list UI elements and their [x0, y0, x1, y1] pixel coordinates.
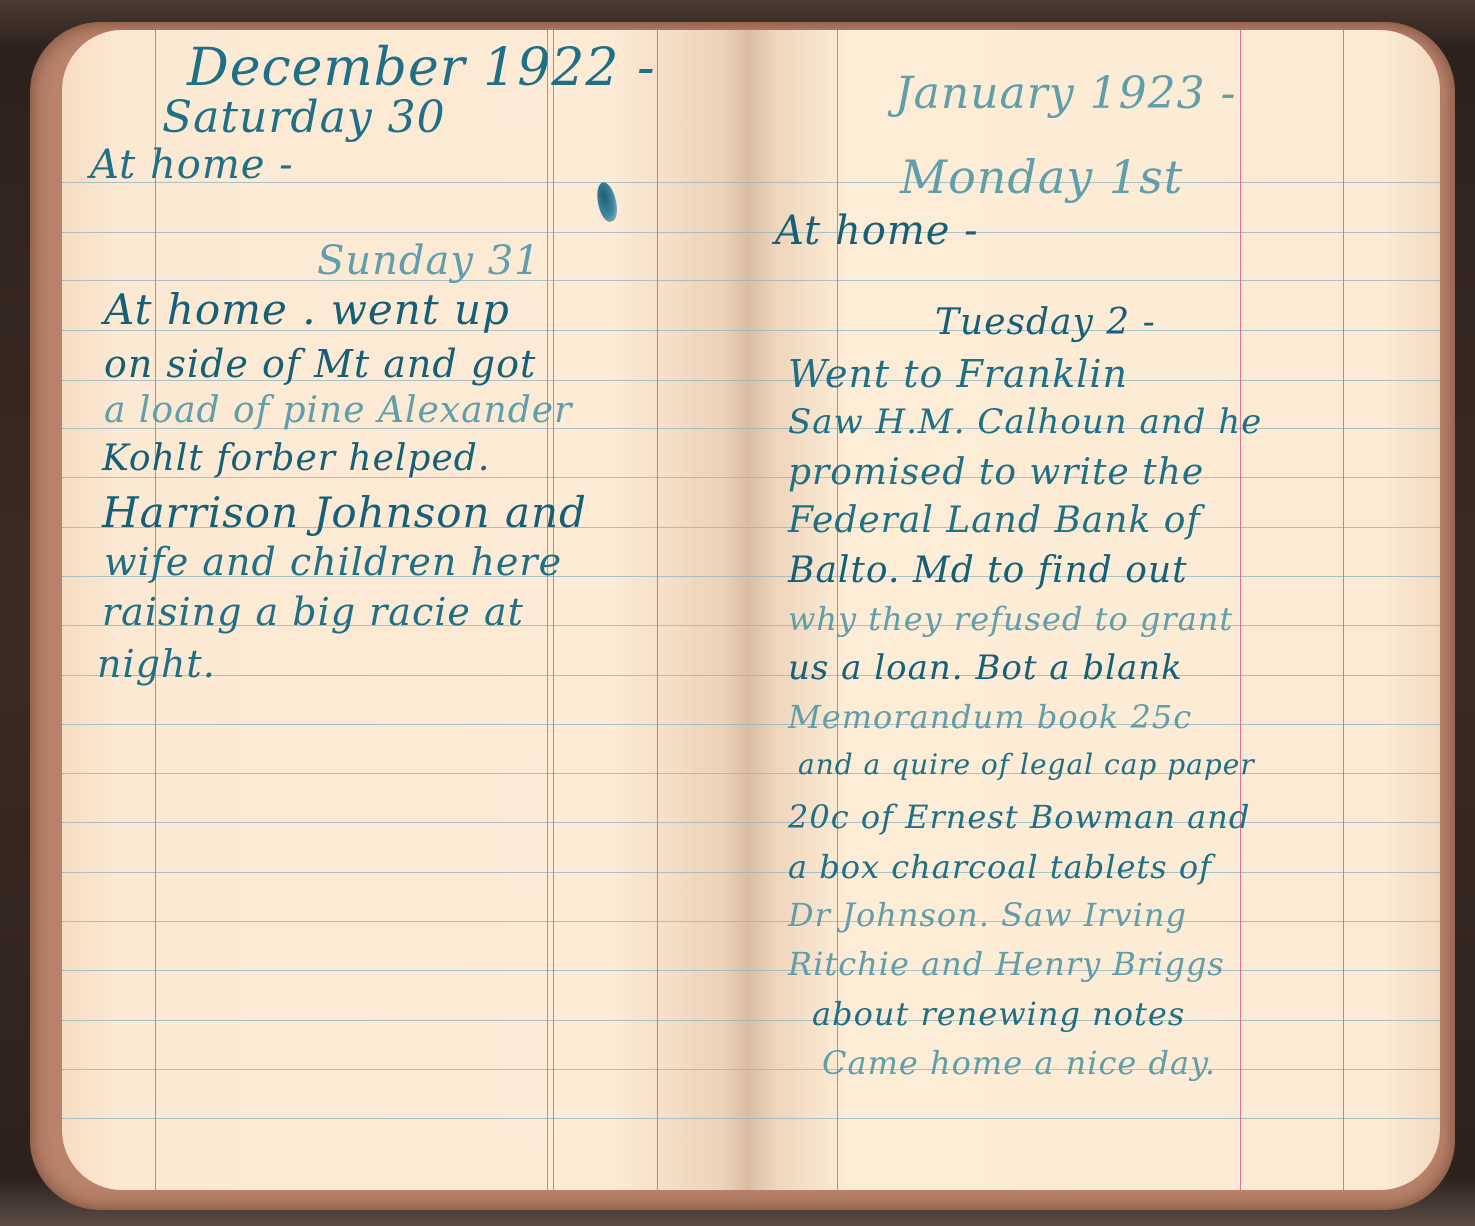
entry-line: At home -	[775, 208, 979, 254]
entry-line: raising a big racie at	[102, 590, 524, 634]
rule-line	[62, 773, 750, 774]
day-heading: Sunday 31	[317, 238, 541, 284]
rule-line	[62, 724, 750, 725]
margin-line	[657, 30, 658, 1190]
entry-line: about renewing notes	[812, 995, 1185, 1033]
entry-line: Saw H.M. Calhoun and he	[788, 402, 1262, 442]
entry-line: and a quire of legal cap paper	[798, 748, 1255, 781]
right-page: January 1923 - Monday 1st At home - Tues…	[750, 30, 1440, 1190]
rule-line	[62, 921, 750, 922]
month-header: December 1922 -	[187, 38, 656, 98]
entry-line: 20c of Ernest Bowman and	[788, 798, 1250, 836]
day-heading: Saturday 30	[162, 92, 446, 143]
entry-line: on side of Mt and got	[104, 342, 536, 386]
entry-line: Harrison Johnson and	[102, 488, 587, 537]
entry-line: Balto. Md to find out	[788, 550, 1188, 591]
month-header: January 1923 -	[895, 68, 1237, 119]
entry-line: night.	[97, 642, 216, 686]
rule-line	[62, 1069, 750, 1070]
entry-line: Went to Franklin	[788, 352, 1128, 396]
entry-line: Ritchie and Henry Briggs	[788, 945, 1225, 983]
entry-line: Kohlt forber helped.	[102, 438, 490, 479]
entry-line: Dr Johnson. Saw Irving	[788, 896, 1187, 934]
day-heading: Tuesday 2 -	[935, 302, 1156, 343]
rule-line	[62, 1020, 750, 1021]
margin-line	[1240, 30, 1241, 1190]
day-heading: Monday 1st	[900, 150, 1183, 204]
margin-line	[547, 30, 548, 1190]
entry-line: promised to write the	[788, 452, 1204, 493]
entry-line: a box charcoal tablets of	[788, 848, 1212, 886]
entry-line: At home -	[90, 142, 294, 188]
entry-line: Federal Land Bank of	[788, 500, 1201, 541]
margin-line	[553, 30, 554, 1190]
entry-line: At home . went up	[104, 285, 510, 334]
left-page: December 1922 - Saturday 30 At home - Su…	[62, 30, 750, 1190]
rule-line	[62, 872, 750, 873]
ink-blot	[594, 181, 620, 224]
entry-line: wife and children here	[104, 540, 562, 584]
rule-line	[62, 1118, 750, 1119]
entry-line: why they refused to grant	[788, 600, 1233, 638]
rule-line	[62, 970, 750, 971]
margin-line	[1343, 30, 1344, 1190]
entry-line: a load of pine Alexander	[104, 390, 572, 431]
rule-line	[62, 232, 750, 233]
entry-line: Memorandum book 25c	[788, 698, 1192, 736]
entry-line: us a loan. Bot a blank	[788, 648, 1183, 688]
rule-line	[62, 822, 750, 823]
rule-line	[750, 280, 1440, 281]
rule-line	[750, 1118, 1440, 1119]
entry-line: Came home a nice day.	[822, 1044, 1216, 1082]
